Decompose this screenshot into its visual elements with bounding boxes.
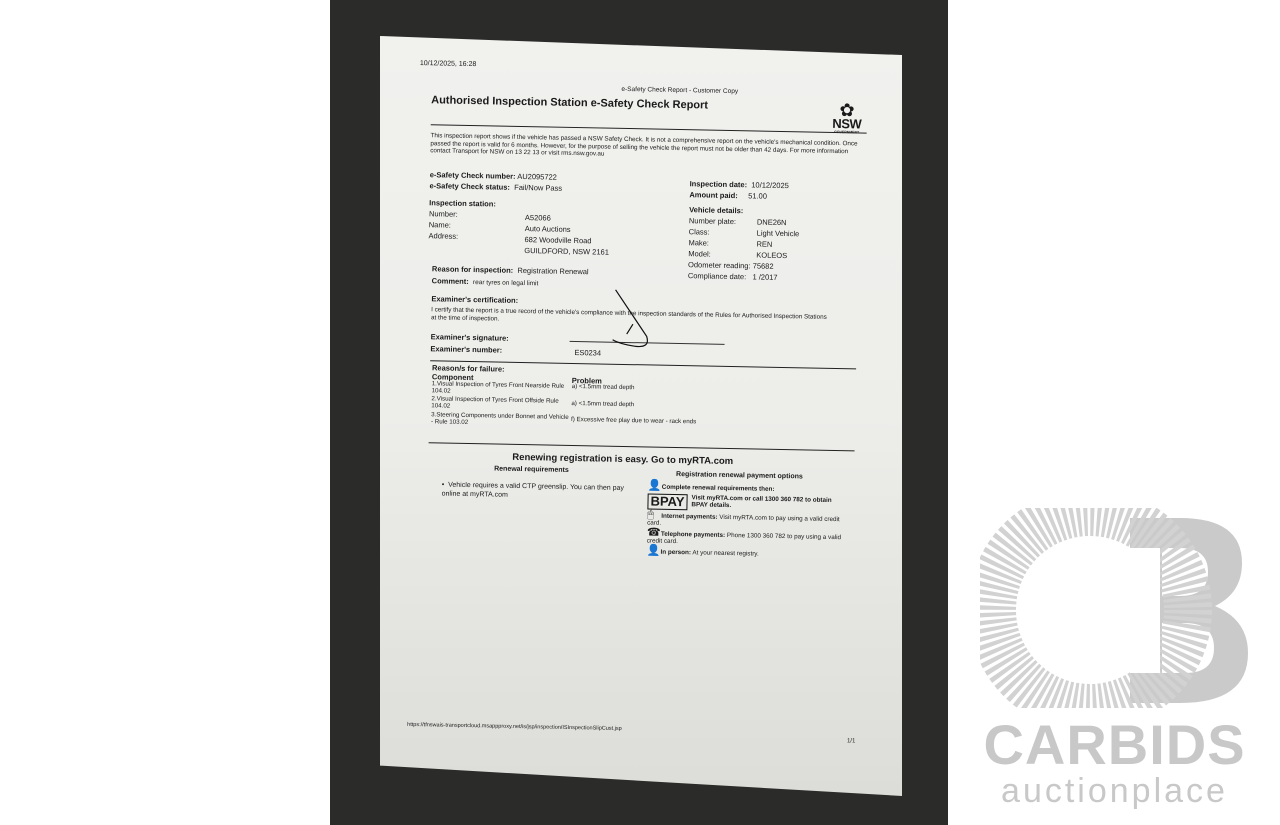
signature-label: Examiner's signature: [431, 332, 509, 342]
comment-value: rear tyres on legal limit [473, 279, 539, 287]
requirements-heading: Renewal requirements [494, 465, 569, 473]
model-label: Model: [688, 249, 711, 258]
station-address-label: Address: [429, 231, 459, 241]
print-timestamp: 10/12/2025, 16:28 [420, 60, 477, 68]
vehicle-class: Light Vehicle [757, 228, 800, 238]
watermark-brand: CARBIDS [972, 712, 1257, 777]
inspection-date: 10/12/2025 [751, 180, 789, 190]
failure-component: 2.Visual Inspection of Tyres Front Offsi… [431, 395, 571, 412]
plate-label: Number plate: [689, 216, 736, 226]
vehicle-model: KOLEOS [756, 250, 787, 260]
failure-problem: a) <1.5mm tread depth [571, 400, 634, 408]
nsw-government-logo: ✿ NSW GOVERNMENT [827, 102, 868, 135]
compliance-date: 1 /2017 [752, 272, 777, 281]
carbids-logo-icon [980, 508, 1250, 708]
requirement-item: • Vehicle requires a valid CTP greenslip… [442, 480, 632, 502]
make-label: Make: [688, 238, 709, 247]
compliance-label: Compliance date: [688, 271, 747, 281]
person-icon: 👤 [647, 547, 661, 555]
payment-options: 👤Complete renewal requirements then: BPA… [646, 482, 847, 559]
check-number-label: e-Safety Check number: [430, 170, 516, 181]
check-status-label: e-Safety Check status: [429, 181, 510, 192]
number-plate: DNE26N [757, 217, 787, 227]
class-label: Class: [689, 227, 710, 236]
inspection-date-label: Inspection date: [690, 179, 748, 189]
examiner-number-label: Examiner's number: [430, 344, 502, 354]
in-person-text: At your nearest registry. [692, 549, 759, 557]
comment-label: Comment: [432, 276, 469, 286]
examiner-number: ES0234 [574, 348, 601, 358]
station-name: Auto Auctions [525, 224, 571, 234]
telephone-icon: ☎ [647, 529, 661, 537]
carbids-watermark: CARBIDS auctionplace [972, 500, 1262, 820]
vehicle-heading: Vehicle details: [689, 205, 743, 215]
signature-mark [604, 288, 665, 351]
bpay-text: Visit myRTA.com or call 1300 360 782 to … [691, 494, 847, 512]
reason-value: Registration Renewal [517, 266, 588, 276]
bpay-logo: BPAY [647, 493, 687, 510]
mouse-icon: 🖱 [647, 511, 661, 519]
failure-component: 3.Steering Components under Bonnet and V… [431, 411, 571, 428]
vehicle-make: REN [756, 239, 772, 248]
reason-label: Reason for inspection: [432, 264, 513, 275]
station-name-label: Name: [429, 220, 451, 229]
amount-paid: 51.00 [748, 191, 767, 200]
failure-component: 1.Visual Inspection of Tyres Front Nears… [432, 380, 572, 397]
certification-heading: Examiner's certification: [431, 294, 518, 305]
check-status: Fail/Now Pass [514, 183, 562, 193]
watermark-sub: auctionplace [972, 772, 1257, 811]
odometer-label: Odometer reading: [688, 260, 751, 270]
station-number: A52066 [525, 213, 551, 222]
amount-paid-label: Amount paid: [689, 190, 737, 200]
station-heading: Inspection station: [429, 198, 496, 208]
station-address-line2: GUILDFORD, NSW 2161 [524, 246, 609, 257]
page-number: 1/1 [847, 738, 855, 744]
person-icon: 👤 [648, 482, 662, 490]
odometer-reading: 75682 [753, 261, 774, 270]
station-address-line1: 682 Woodville Road [524, 235, 591, 245]
failure-problem: a) <1.5mm tread depth [572, 383, 635, 391]
check-number: AU2095722 [517, 172, 557, 182]
station-number-label: Number: [429, 209, 458, 219]
